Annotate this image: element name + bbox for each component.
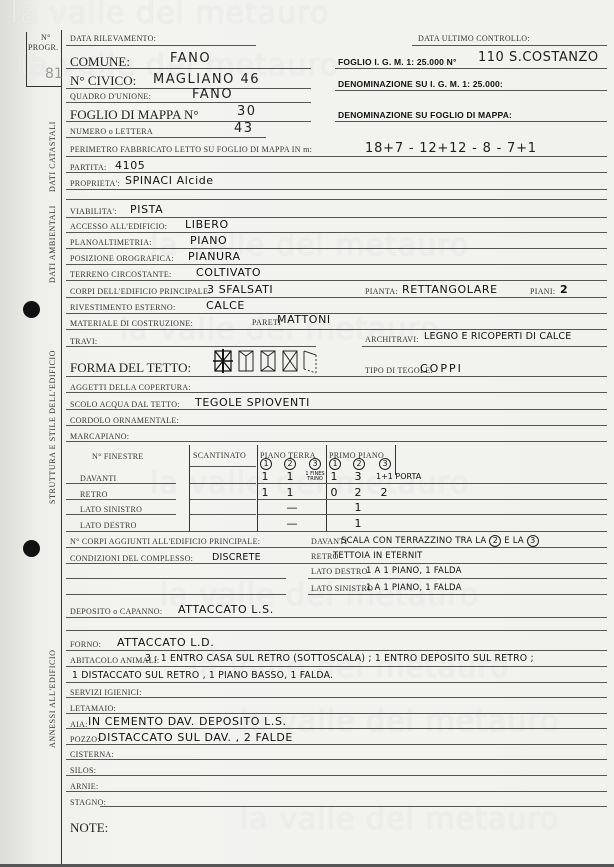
tetto-label: FORMA DEL TETTO: (70, 360, 191, 376)
corpi-label: CORPI DELL'EDIFICIO PRINCIPALE: (70, 287, 211, 296)
numero-label: NUMERO o LETTERA (70, 127, 153, 136)
deposito-value[interactable]: ATTACCATO L.S. (178, 603, 274, 616)
section-label-catastali: DATI CATASTALI (48, 121, 57, 192)
partita-label: PARTITA: (70, 163, 107, 172)
materiale-label: MATERIALE DI COSTRUZIONE: (70, 319, 193, 328)
posizione-label: POSIZIONE OROGRAFICA: (70, 254, 174, 263)
row-line (66, 499, 176, 500)
table-cell[interactable]: 2 (376, 486, 392, 499)
field-line (66, 578, 286, 579)
field-line[interactable] (66, 759, 607, 760)
perimetro-label: PERIMETRO FABBRICATO LETTO SU FOGLIO DI … (70, 145, 312, 154)
lato-sinistro-value[interactable]: 1 A 1 PIANO, 1 FALDA (366, 583, 462, 593)
field-line (66, 232, 607, 233)
table-cell[interactable]: — (282, 517, 302, 530)
table-cell[interactable]: 2 (350, 486, 366, 499)
quadro-label: QUADRO D'UNIONE: (70, 92, 151, 101)
field-line (66, 682, 607, 683)
civico-value[interactable]: MAGLIANO 46 (153, 72, 260, 87)
data-rilevamento-label: DATA RILEVAMENTO: (70, 34, 156, 43)
field-line (66, 666, 607, 667)
binder-hole (23, 540, 40, 557)
travi-label: TRAVI: (70, 337, 97, 346)
row-line (190, 483, 256, 484)
row-label-davanti: DAVANTI (80, 474, 116, 483)
abitacolo-value[interactable]: 3 : 1 ENTRO CASA SUL RETRO (SOTTOSCALA) … (145, 653, 534, 664)
field-line (66, 329, 607, 330)
pianta-label: PIANTA: (365, 287, 398, 296)
field-line (66, 88, 311, 89)
corpi-aggiunti-label: N° CORPI AGGIUNTI ALL'EDIFICIO PRINCIPAL… (70, 537, 260, 546)
civico-label: N° CIVICO: (70, 73, 136, 89)
quadro-value[interactable]: FANO (192, 87, 233, 102)
forno-value[interactable]: ATTACCATO L.D. (117, 636, 214, 649)
table-divider (395, 445, 396, 475)
field-line (66, 172, 607, 173)
field-line[interactable] (335, 90, 607, 91)
field-line (66, 744, 607, 745)
col-number-marker: 1 (260, 458, 272, 470)
table-cell[interactable]: 1 (350, 517, 366, 530)
divider (26, 32, 27, 87)
aia-value[interactable]: IN CEMENTO DAV. DEPOSITO L.S. (88, 715, 287, 728)
marcapiano-label: MARCAPIANO: (70, 432, 129, 441)
row-label-lato-sinistro: LATO SINISTRO (80, 505, 142, 514)
pozzo-value[interactable]: DISTACCATO SUL DAV. , 2 FALDE (98, 731, 293, 744)
abitacolo-value-cont[interactable]: 1 DISTACCATO SUL RETRO , 1 PIANO BASSO, … (72, 670, 333, 681)
denominazione-foglio-label: DENOMINAZIONE SU FOGLIO DI MAPPA: (338, 110, 512, 120)
comune-value[interactable]: FANO (170, 51, 211, 66)
field-line[interactable] (66, 425, 607, 426)
davanti-value[interactable]: SCALA CON TERRAZZINO TRA LA 2 E LA 3 (341, 535, 539, 547)
roof-four-pitch-crossed-icon[interactable] (213, 349, 233, 373)
field-line (66, 409, 607, 410)
row-label-retro: RETRO (80, 490, 108, 499)
field-line (66, 728, 607, 729)
foglio-mappa-value[interactable]: 30 (237, 104, 257, 119)
davanti-text: E LA (504, 536, 524, 546)
field-line[interactable] (66, 630, 607, 631)
field-line[interactable] (66, 441, 607, 442)
field-line[interactable] (66, 713, 607, 714)
piani-label: PIANI: (530, 287, 555, 296)
field-line[interactable] (66, 697, 607, 698)
watermark: la valle del metauro (240, 802, 559, 837)
field-line (66, 594, 286, 595)
scolo-value[interactable]: TEGOLE SPIOVENTI (195, 396, 310, 409)
progr-value: 81 (45, 66, 63, 82)
field-line (66, 280, 607, 281)
col-number-marker: 1 (329, 458, 341, 470)
field-line (66, 264, 607, 265)
field-line (362, 346, 607, 347)
field-line (66, 156, 607, 157)
condizioni-label: CONDIZIONI DEL COMPLESSO: (70, 554, 193, 563)
rivestimento-value[interactable]: CALCE (206, 299, 245, 312)
field-line (66, 617, 607, 618)
col-number-marker: 3 (309, 458, 321, 470)
viabilita-label: VIABILITA': (70, 207, 117, 216)
lato-sinistro-label: LATO SINISTRO (311, 584, 373, 593)
section-label-ambientali: DATI AMBIENTALI (48, 205, 57, 283)
table-cell[interactable]: 1+1 PORTA (376, 472, 426, 481)
field-line (66, 137, 266, 138)
viabilita-value[interactable]: PISTA (130, 203, 163, 216)
proprieta-value[interactable]: SPINACI Alcide (125, 174, 214, 187)
cisterna-label: CISTERNA: (70, 750, 114, 759)
retro-value[interactable]: TETTOIA IN ETERNIT (333, 551, 423, 561)
table-cell[interactable]: 1 FINES TRINO (304, 472, 326, 482)
field-line (66, 563, 607, 564)
row-line (190, 499, 256, 500)
table-cell[interactable]: 1 (282, 486, 298, 499)
row-line (66, 483, 176, 484)
posizione-value[interactable]: PIANURA (188, 250, 241, 263)
field-line (66, 68, 311, 69)
deposito-label: DEPOSITO o CAPANNO: (70, 607, 162, 616)
field-line (66, 121, 311, 122)
architravi-label: ARCHITRAVI: (365, 335, 419, 344)
field-line (66, 217, 607, 218)
row-line (258, 514, 607, 515)
note-area[interactable] (66, 836, 607, 864)
table-cell[interactable]: 1 (326, 470, 342, 483)
field-line (66, 248, 607, 249)
table-cell[interactable]: 1 (282, 470, 298, 483)
table-cell[interactable]: 1 (350, 501, 366, 514)
arnie-label: ARNIE: (70, 782, 98, 791)
ref-marker: 2 (489, 535, 501, 547)
note-label: NOTE: (70, 820, 108, 836)
field-line[interactable] (100, 806, 607, 807)
silos-label: SILOS: (70, 766, 96, 775)
corpi-value[interactable]: 3 SFALSATI (207, 283, 273, 296)
forno-label: FORNO: (70, 640, 101, 649)
pareti-value[interactable]: MATTONI (277, 313, 331, 326)
col-number-marker: 2 (284, 458, 296, 470)
servizi-label: SERVIZI IGIENICI: (70, 688, 142, 697)
field-line (66, 650, 607, 651)
terreno-label: TERRENO CIRCOSTANTE: (70, 270, 172, 279)
data-ultimo-controllo-label: DATA ULTIMO CONTROLLO: (418, 34, 530, 43)
row-label-lato-destro: LATO DESTRO (80, 521, 137, 530)
survey-form-sheet: la valle del metauro la valle del metaur… (0, 0, 614, 867)
lato-destro-value[interactable]: 1 A 1 PIANO, 1 FALDA (366, 566, 462, 576)
pianta-value[interactable]: RETTANGOLARE (402, 283, 498, 296)
watermark: la valle del metauro (10, 0, 329, 31)
table-cell[interactable]: 3 (350, 470, 366, 483)
pozzo-label: POZZO: (70, 735, 100, 744)
field-line (66, 297, 607, 298)
table-cell[interactable]: 1 (257, 486, 273, 499)
table-divider (189, 445, 190, 531)
row-line (190, 514, 256, 515)
partita-value[interactable]: 4105 (115, 159, 145, 172)
roof-gable-icon[interactable] (239, 351, 253, 371)
cordolo-label: CORDOLO ORNAMENTALE: (70, 416, 179, 425)
field-line (335, 68, 607, 69)
progr-label: N° (41, 33, 51, 42)
piani-value[interactable]: 2 (560, 283, 568, 296)
roof-pavilion-icon[interactable] (283, 351, 297, 371)
field-line[interactable] (66, 775, 607, 776)
section-label-annessi: ANNESSI ALL'EDIFICIO (48, 649, 57, 748)
col-number-marker: 2 (353, 458, 365, 470)
row-line (66, 514, 176, 515)
progr-label: PROGR. (28, 43, 58, 52)
roof-hip-icon[interactable] (261, 351, 275, 371)
roof-shapes (213, 347, 323, 375)
accesso-label: ACCESSO ALL'EDIFICIO: (70, 222, 167, 231)
row-line (258, 483, 607, 484)
numero-value[interactable]: 43 (234, 121, 254, 136)
field-line (66, 547, 607, 548)
planoaltimetria-value[interactable]: PIANO (190, 234, 227, 247)
davanti-text: SCALA CON TERRAZZINO TRA LA (341, 536, 486, 546)
ref-marker: 3 (527, 535, 539, 547)
scantinato-header: SCANTINATO (193, 451, 246, 460)
field-line (66, 102, 311, 103)
field-line (66, 189, 607, 190)
lato-destro-label: LATO DESTRO (311, 567, 368, 576)
table-cell[interactable]: 0 (326, 486, 342, 499)
table-cell[interactable]: 1 (257, 470, 273, 483)
margin-line (61, 30, 62, 867)
perimetro-value[interactable]: 18+7 - 12+12 - 8 - 7+1 (365, 141, 537, 156)
field-line[interactable] (66, 199, 607, 200)
field-line[interactable] (335, 121, 607, 122)
proprieta-label: PROPRIETA': (70, 179, 120, 188)
accesso-value[interactable]: LIBERO (185, 218, 229, 231)
field-line[interactable] (412, 45, 607, 46)
scolo-label: SCOLO ACQUA DAL TETTO: (70, 400, 180, 409)
foglio-igm-value[interactable]: 110 S.COSTANZO (478, 50, 599, 65)
planoaltimetria-label: PLANOALTIMETRIA: (70, 238, 152, 247)
field-line (308, 594, 607, 595)
row-line (190, 466, 256, 467)
field-line (66, 376, 607, 377)
roof-single-pitch-icon[interactable] (304, 351, 316, 373)
binder-hole (23, 301, 40, 318)
aggetti-label: AGGETTI DELLA COPERTURA: (70, 383, 191, 392)
finestre-header: N° FINESTRE (92, 452, 144, 461)
letamaio-label: LETAMAIO: (70, 704, 116, 713)
field-line[interactable] (66, 45, 256, 46)
field-line[interactable] (66, 392, 607, 393)
field-line (66, 313, 607, 314)
col-number-marker: 3 (379, 458, 391, 470)
row-line (258, 499, 607, 500)
foglio-igm-label: FOGLIO I. G. M. 1: 25.000 N° (338, 57, 457, 67)
condizioni-value[interactable]: DISCRETE (212, 552, 261, 563)
table-cell[interactable]: — (282, 501, 302, 514)
architravi-value[interactable]: LEGNO E RICOPERTI DI CALCE (424, 331, 571, 342)
rivestimento-label: RIVESTIMENTO ESTERNO: (70, 303, 175, 312)
denominazione-igm-label: DENOMINAZIONE SU I. G. M. 1: 25.000: (338, 79, 503, 89)
tegole-value[interactable]: COPPI (420, 362, 463, 375)
divider (26, 86, 62, 87)
field-line (308, 578, 607, 579)
section-label-struttura: STRUTTURA E STILE DELL'EDIFICIO (48, 350, 57, 504)
terreno-value[interactable]: COLTIVATO (196, 266, 261, 279)
field-line[interactable] (66, 791, 607, 792)
row-line (66, 531, 607, 532)
